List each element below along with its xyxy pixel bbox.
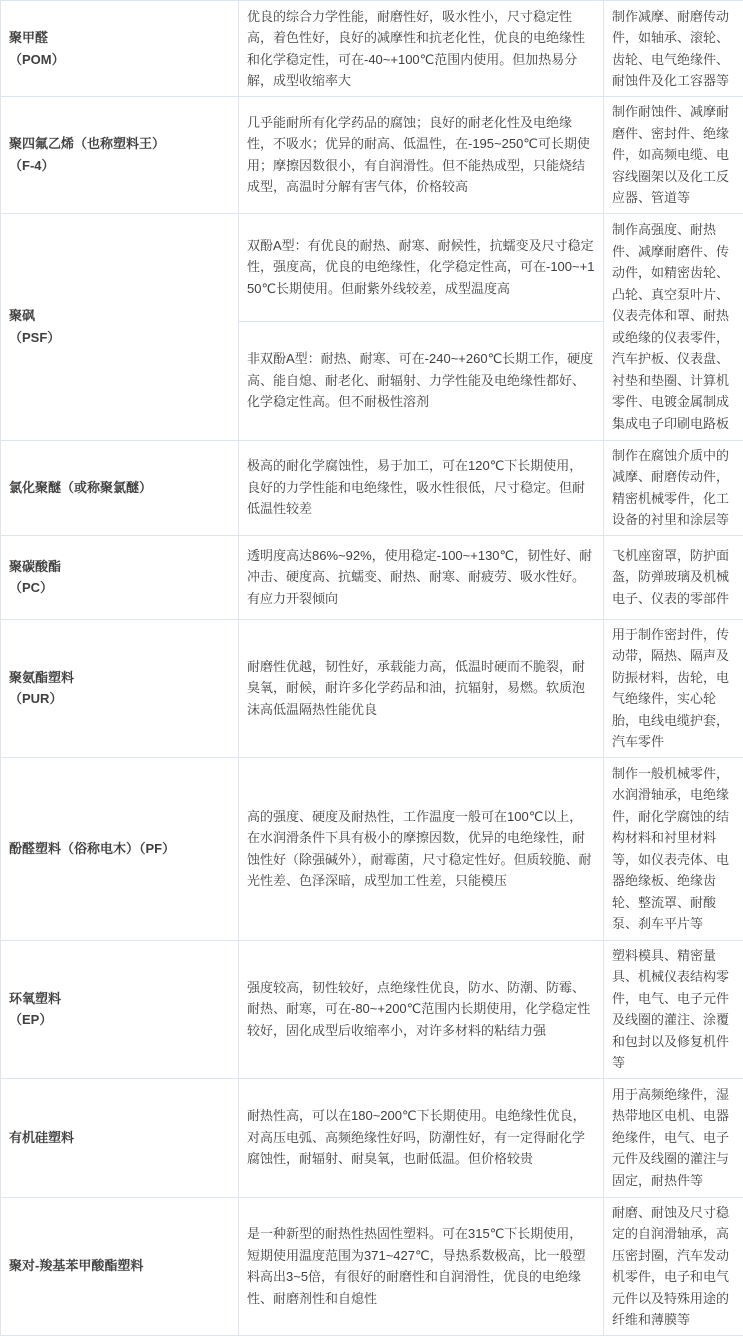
properties-cell: 耐热性高，可以在180~200℃下长期使用。电绝缘性优良，对高压电弧、高频绝缘性… [239,1078,604,1197]
properties-cell: 强度较高，韧性较好，点绝缘性优良，防水、防潮、防霉、耐热、耐寒，可在-80~+2… [239,940,604,1078]
table-row: 聚氨酯塑料（PUR）耐磨性优越，韧性好，承载能力高，低温时硬而不脆裂，耐臭氧，耐… [1,619,743,757]
plastics-table: 聚甲醛（POM）优良的综合力学性能，耐磨性好，吸水性小，尺寸稳定性高，着色性好，… [0,0,743,1336]
material-name-line: 环氧塑料 [9,988,230,1010]
material-name-cell: 环氧塑料（EP） [1,940,239,1078]
properties-cell: 是一种新型的耐热性热固性塑料。可在315℃下长期使用，短期使用温度范围为371~… [239,1197,604,1335]
table-row: 聚对-羧基苯甲酸酯塑料是一种新型的耐热性热固性塑料。可在315℃下长期使用，短期… [1,1197,743,1335]
material-name-line: （F-4） [9,155,230,177]
material-name-cell: 聚氨酯塑料（PUR） [1,619,239,757]
material-name-line: （EP） [9,1009,230,1031]
table-row: 有机硅塑料耐热性高，可以在180~200℃下长期使用。电绝缘性优良，对高压电弧、… [1,1078,743,1197]
table-row: 聚甲醛（POM）优良的综合力学性能，耐磨性好，吸水性小，尺寸稳定性高，着色性好，… [1,1,743,97]
material-name-cell: 聚对-羧基苯甲酸酯塑料 [1,1197,239,1335]
material-name-line: （POM） [9,49,230,71]
material-name-line: 有机硅塑料 [9,1127,230,1149]
applications-cell: 制作减摩、耐磨传动件，如轴承、滚轮、齿轮、电气绝缘件、耐蚀件及化工容器等 [604,1,743,97]
applications-cell: 飞机座窗罩，防护面盔，防弹玻璃及机械电子、仪表的零部件 [604,535,743,619]
material-name-cell: 酚醛塑料（俗称电木）（PF） [1,757,239,940]
properties-cell: 双酚A型：有优良的耐热、耐寒、耐候性，抗蠕变及尺寸稳定性，强度高，优良的电绝缘性… [239,213,604,321]
properties-cell: 几乎能耐所有化学药品的腐蚀；良好的耐老化性及电绝缘性，不吸水；优异的耐高、低温性… [239,97,604,214]
material-name-line: 聚对-羧基苯甲酸酯塑料 [9,1255,230,1277]
table-row: 聚砜（PSF）双酚A型：有优良的耐热、耐寒、耐候性，抗蠕变及尺寸稳定性，强度高，… [1,213,743,321]
applications-cell: 制作耐蚀件、减摩耐磨件、密封件、绝缘件，如高频电缆、电容线圈架以及化工反应器、管… [604,97,743,214]
properties-cell: 耐磨性优越，韧性好，承载能力高，低温时硬而不脆裂，耐臭氧，耐候，耐许多化学药品和… [239,619,604,757]
table-body: 聚甲醛（POM）优良的综合力学性能，耐磨性好，吸水性小，尺寸稳定性高，着色性好，… [1,1,743,1336]
material-name-line: （PUR） [9,688,230,710]
material-name-line: 聚砜 [9,305,230,327]
applications-cell: 用于高频绝缘件，湿热带地区电机、电器绝缘件，电气、电子元件及线圈的灌注与固定，耐… [604,1078,743,1197]
applications-cell: 用于制作密封件，传动带，隔热、隔声及防振材料，齿轮，电气绝缘件，实心轮胎，电线电… [604,619,743,757]
table-row: 聚碳酸酯（PC）透明度高达86%~92%，使用稳定-100~+130℃，韧性好、… [1,535,743,619]
material-name-line: 聚碳酸酯 [9,556,230,578]
properties-cell: 高的强度、硬度及耐热性，工作温度一般可在100℃以上，在水润滑条件下具有极小的摩… [239,757,604,940]
applications-cell: 耐磨、耐蚀及尺寸稳定的自润滑轴承，高压密封圈，汽车发动机零件，电子和电气元件以及… [604,1197,743,1335]
material-name-cell: 有机硅塑料 [1,1078,239,1197]
properties-cell: 优良的综合力学性能，耐磨性好，吸水性小，尺寸稳定性高，着色性好，良好的减摩性和抗… [239,1,604,97]
material-name-line: 聚甲醛 [9,27,230,49]
properties-cell: 透明度高达86%~92%，使用稳定-100~+130℃，韧性好、耐冲击、硬度高、… [239,535,604,619]
plastics-table-container: 聚甲醛（POM）优良的综合力学性能，耐磨性好，吸水性小，尺寸稳定性高，着色性好，… [0,0,743,1336]
material-name-cell: 氯化聚醚（或称聚氯醚） [1,440,239,535]
material-name-cell: 聚甲醛（POM） [1,1,239,97]
material-name-line: 聚氨酯塑料 [9,667,230,689]
applications-cell: 制作一般机械零件，水润滑轴承，电绝缘件，耐化学腐蚀的结构材料和衬里材料等，如仪表… [604,757,743,940]
material-name-line: 氯化聚醚（或称聚氯醚） [9,477,230,499]
material-name-cell: 聚碳酸酯（PC） [1,535,239,619]
properties-cell: 非双酚A型：耐热、耐寒、可在-240~+260℃长期工作，硬度高、能自熄、耐老化… [239,321,604,440]
material-name-line: （PSF） [9,327,230,349]
table-row: 环氧塑料（EP）强度较高，韧性较好，点绝缘性优良，防水、防潮、防霉、耐热、耐寒，… [1,940,743,1078]
material-name-cell: 聚四氟乙烯（也称塑料王）（F-4） [1,97,239,214]
material-name-line: 酚醛塑料（俗称电木）（PF） [9,838,230,860]
properties-cell: 极高的耐化学腐蚀性，易于加工，可在120℃下长期使用，良好的力学性能和电绝缘性，… [239,440,604,535]
material-name-line: 聚四氟乙烯（也称塑料王） [9,133,230,155]
material-name-line: （PC） [9,577,230,599]
applications-cell: 塑料模具、精密量具、机械仪表结构零件，电气、电子元件及线圈的灌注、涂覆和包封以及… [604,940,743,1078]
applications-cell: 制作高强度、耐热件、减摩耐磨件、传动件，如精密齿轮、凸轮、真空泵叶片、仪表壳体和… [604,213,743,440]
applications-cell: 制作在腐蚀介质中的减摩、耐磨传动件，精密机械零件，化工设备的衬里和涂层等 [604,440,743,535]
table-row: 聚四氟乙烯（也称塑料王）（F-4）几乎能耐所有化学药品的腐蚀；良好的耐老化性及电… [1,97,743,214]
material-name-cell: 聚砜（PSF） [1,213,239,440]
table-row: 酚醛塑料（俗称电木）（PF）高的强度、硬度及耐热性，工作温度一般可在100℃以上… [1,757,743,940]
table-row: 氯化聚醚（或称聚氯醚）极高的耐化学腐蚀性，易于加工，可在120℃下长期使用，良好… [1,440,743,535]
